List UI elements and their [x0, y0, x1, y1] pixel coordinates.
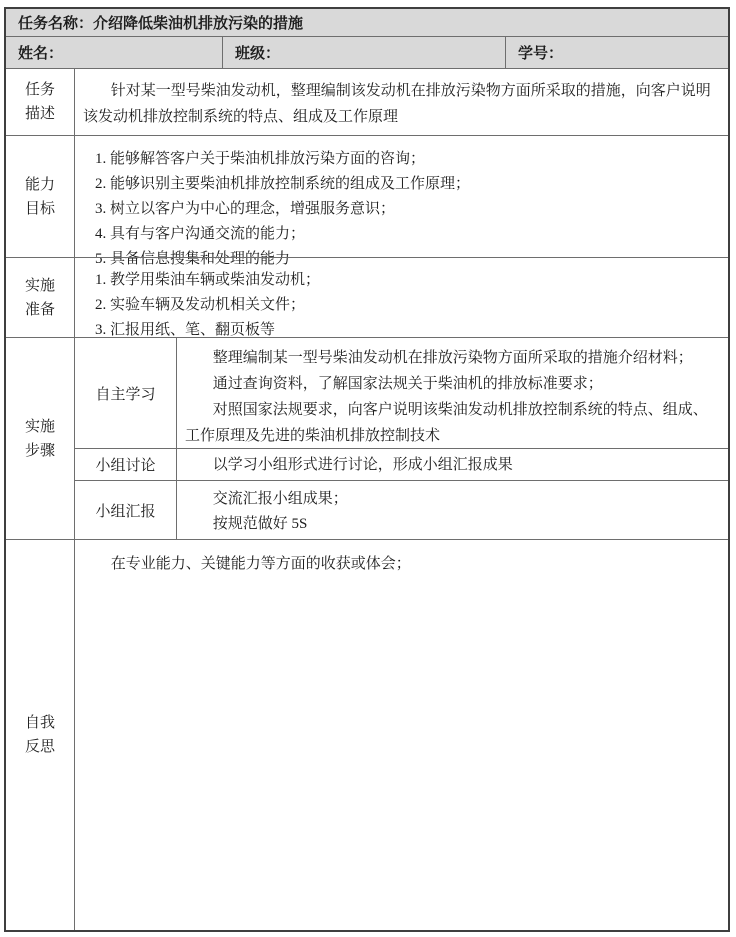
- group-discussion-subrow: 小组讨论 以学习小组形式进行讨论，形成小组汇报成果: [75, 448, 728, 480]
- task-worksheet-table: 任务名称：介绍降低柴油机排放污染的措施 姓名： 班级： 学号： 任务 描述 针对…: [4, 7, 730, 932]
- group-report-line: 按规范做好 5S: [185, 512, 714, 537]
- self-reflection-content: 在专业能力、关键能力等方面的收获或体会；: [75, 540, 728, 930]
- student-info-row: 姓名： 班级： 学号：: [6, 36, 728, 68]
- task-description-text: 针对某一型号柴油发动机，整理编制该发动机在排放污染物方面所采取的措施，向客户说明…: [83, 78, 714, 130]
- group-discussion-content: 以学习小组形式进行讨论，形成小组汇报成果: [177, 449, 728, 480]
- self-reflection-label-line1: 自我: [25, 711, 55, 735]
- self-reflection-label: 自我 反思: [6, 540, 75, 930]
- self-study-label: 自主学习: [75, 338, 177, 448]
- group-report-subrow: 小组汇报 交流汇报小组成果； 按规范做好 5S: [75, 480, 728, 539]
- task-description-label-line2: 描述: [25, 102, 55, 126]
- task-title-row: 任务名称：介绍降低柴油机排放污染的措施: [6, 9, 728, 36]
- group-report-content: 交流汇报小组成果； 按规范做好 5S: [177, 481, 728, 539]
- student-id-cell: 学号：: [506, 37, 728, 68]
- goal-item: 3. 树立以客户为中心的理念，增强服务意识；: [81, 197, 714, 222]
- goal-item: 4. 具有与客户沟通交流的能力；: [81, 222, 714, 247]
- name-cell: 姓名：: [6, 37, 223, 68]
- ability-goals-row: 能力 目标 1. 能够解答客户关于柴油机排放污染方面的咨询； 2. 能够识别主要…: [6, 135, 728, 257]
- ability-goals-label-line1: 能力: [25, 173, 55, 197]
- goal-item: 1. 能够解答客户关于柴油机排放污染方面的咨询；: [81, 147, 714, 172]
- preparation-label: 实施 准备: [6, 258, 75, 337]
- preparation-item: 2. 实验车辆及发动机相关文件；: [81, 293, 714, 318]
- steps-body: 自主学习 整理编制某一型号柴油发动机在排放污染物方面所采取的措施介绍材料； 通过…: [75, 338, 728, 539]
- goal-item: 2. 能够识别主要柴油机排放控制系统的组成及工作原理；: [81, 172, 714, 197]
- self-study-content: 整理编制某一型号柴油发动机在排放污染物方面所采取的措施介绍材料； 通过查询资料，…: [177, 338, 728, 448]
- self-study-subrow: 自主学习 整理编制某一型号柴油发动机在排放污染物方面所采取的措施介绍材料； 通过…: [75, 338, 728, 448]
- class-label: 班级：: [235, 42, 280, 63]
- steps-label-line2: 步骤: [25, 439, 55, 463]
- preparation-label-line2: 准备: [25, 298, 55, 322]
- student-id-label: 学号：: [518, 42, 563, 63]
- preparation-content: 1. 教学用柴油车辆或柴油发动机； 2. 实验车辆及发动机相关文件； 3. 汇报…: [75, 258, 728, 337]
- self-reflection-row: 自我 反思 在专业能力、关键能力等方面的收获或体会；: [6, 539, 728, 930]
- worksheet-page: 任务名称：介绍降低柴油机排放污染的措施 姓名： 班级： 学号： 任务 描述 针对…: [0, 0, 736, 937]
- task-description-row: 任务 描述 针对某一型号柴油发动机，整理编制该发动机在排放污染物方面所采取的措施…: [6, 68, 728, 135]
- steps-row: 实施 步骤 自主学习 整理编制某一型号柴油发动机在排放污染物方面所采取的措施介绍…: [6, 337, 728, 539]
- self-study-paragraph: 整理编制某一型号柴油发动机在排放污染物方面所采取的措施介绍材料；: [185, 345, 714, 371]
- task-description-content: 针对某一型号柴油发动机，整理编制该发动机在排放污染物方面所采取的措施，向客户说明…: [75, 69, 728, 135]
- group-discussion-text: 以学习小组形式进行讨论，形成小组汇报成果: [185, 452, 714, 478]
- group-discussion-label: 小组讨论: [75, 449, 177, 480]
- self-reflection-text: 在专业能力、关键能力等方面的收获或体会；: [83, 551, 714, 577]
- preparation-label-line1: 实施: [25, 274, 55, 298]
- task-description-label: 任务 描述: [6, 69, 75, 135]
- task-title: 任务名称：介绍降低柴油机排放污染的措施: [18, 12, 303, 33]
- class-cell: 班级：: [223, 37, 506, 68]
- task-description-label-line1: 任务: [25, 78, 55, 102]
- preparation-row: 实施 准备 1. 教学用柴油车辆或柴油发动机； 2. 实验车辆及发动机相关文件；…: [6, 257, 728, 337]
- group-report-line: 交流汇报小组成果；: [185, 487, 714, 512]
- self-reflection-label-line2: 反思: [25, 735, 55, 759]
- self-study-paragraph: 通过查询资料，了解国家法规关于柴油机的排放标准要求；: [185, 371, 714, 397]
- steps-label: 实施 步骤: [6, 338, 75, 539]
- steps-label-line1: 实施: [25, 415, 55, 439]
- self-study-paragraph: 对照国家法规要求，向客户说明该柴油发动机排放控制系统的特点、组成、工作原理及先进…: [185, 397, 714, 449]
- group-report-label: 小组汇报: [75, 481, 177, 539]
- preparation-item: 1. 教学用柴油车辆或柴油发动机；: [81, 268, 714, 293]
- name-label: 姓名：: [18, 42, 63, 63]
- ability-goals-label-line2: 目标: [25, 197, 55, 221]
- ability-goals-content: 1. 能够解答客户关于柴油机排放污染方面的咨询； 2. 能够识别主要柴油机排放控…: [75, 136, 728, 257]
- ability-goals-label: 能力 目标: [6, 136, 75, 257]
